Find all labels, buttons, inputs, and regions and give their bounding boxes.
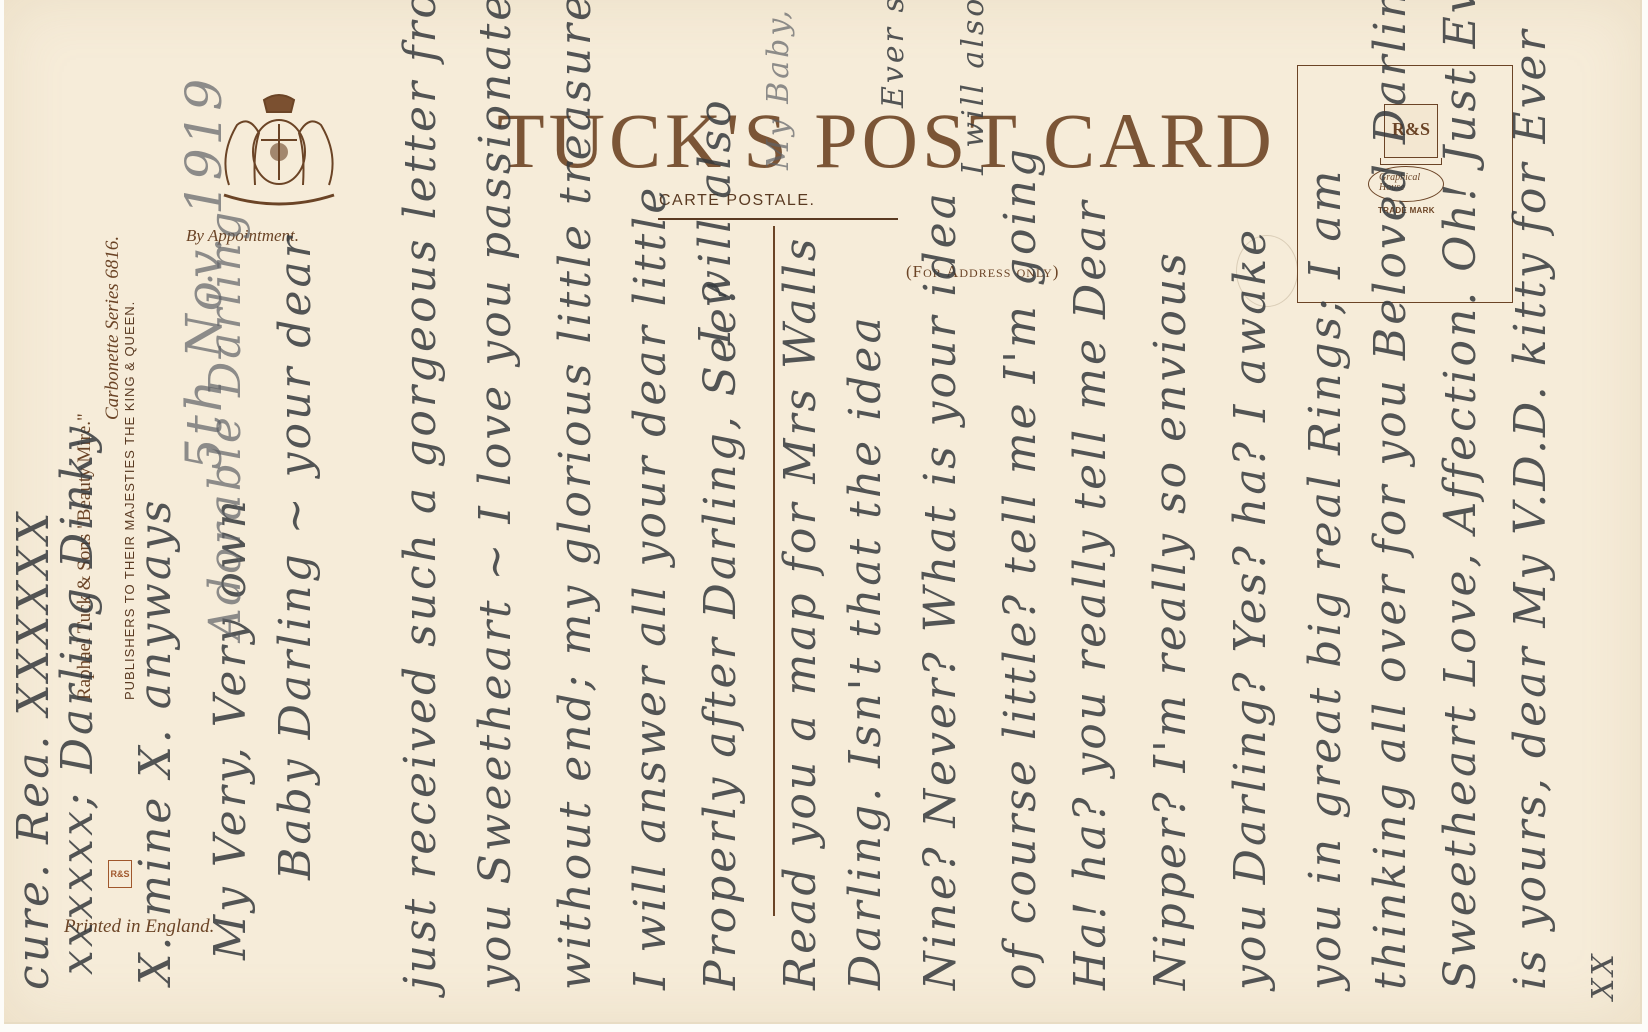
headline-tucks-post-card: TUCK'S POST CARD [497, 102, 1276, 180]
handwritten-line: XX [1589, 951, 1619, 1000]
handwritten-line: X. mine X. anyways [134, 497, 178, 985]
publisher-line-2: Carbonette Series 6816. [102, 236, 124, 420]
handwritten-line: Ha! ha? you really tell me Dear [1069, 198, 1113, 990]
handwritten-line: is yours, dear My V.D.D. kitty for Ever [1509, 28, 1553, 991]
handwritten-line: without end; my glorious little treasure [554, 0, 598, 990]
handwritten-line: Nine? Never? What is your idea [919, 190, 963, 990]
handwritten-top-note: Ever so [879, 0, 909, 108]
handwritten-line: you in great big real Rings; I am [1304, 168, 1348, 990]
handwritten-top-note: My Baby, Darling [764, 0, 794, 170]
handwritten-line: thinking all over for you Beloved Darlin… [1369, 0, 1413, 990]
handwritten-top-note: I will also [959, 0, 989, 175]
mini-rs-logo-icon: R&S [108, 860, 132, 888]
handwritten-line: cure. Rea. XXXXXX [12, 510, 56, 990]
handwritten-line: Properly after Darling, See? [699, 278, 743, 990]
handwritten-line: Nipper? I'm really so envious [1149, 250, 1193, 990]
handwritten-line: of course little? tell me I'm going [999, 146, 1043, 990]
postcard: TUCK'S POST CARD CARTE POSTALE. (For Add… [4, 0, 1642, 1024]
handwritten-line: xxxxxx; Darling Dinky [56, 424, 100, 975]
handwritten-line: Darling. Isn't that the idea [844, 314, 888, 990]
handwritten-line: I will also [694, 97, 738, 345]
handwritten-line: Read you a map for Mrs Walls [779, 236, 823, 990]
handwritten-line: Sweetheart Love, Affection. Oh! Just Eve… [1439, 0, 1483, 990]
handwritten-line: you Sweetheart ~ I love you passionately [474, 0, 518, 990]
handwritten-line: you Darling? Yes? ha? I awake [1229, 227, 1273, 990]
handwritten-line: Baby Darling ~ your dear [274, 234, 318, 880]
handwritten-line: I will answer all your dear little [629, 185, 673, 990]
handwritten-line: Adorable Darling [204, 209, 248, 640]
handwritten-line: just received such a gorgeous letter fro… [399, 0, 443, 990]
